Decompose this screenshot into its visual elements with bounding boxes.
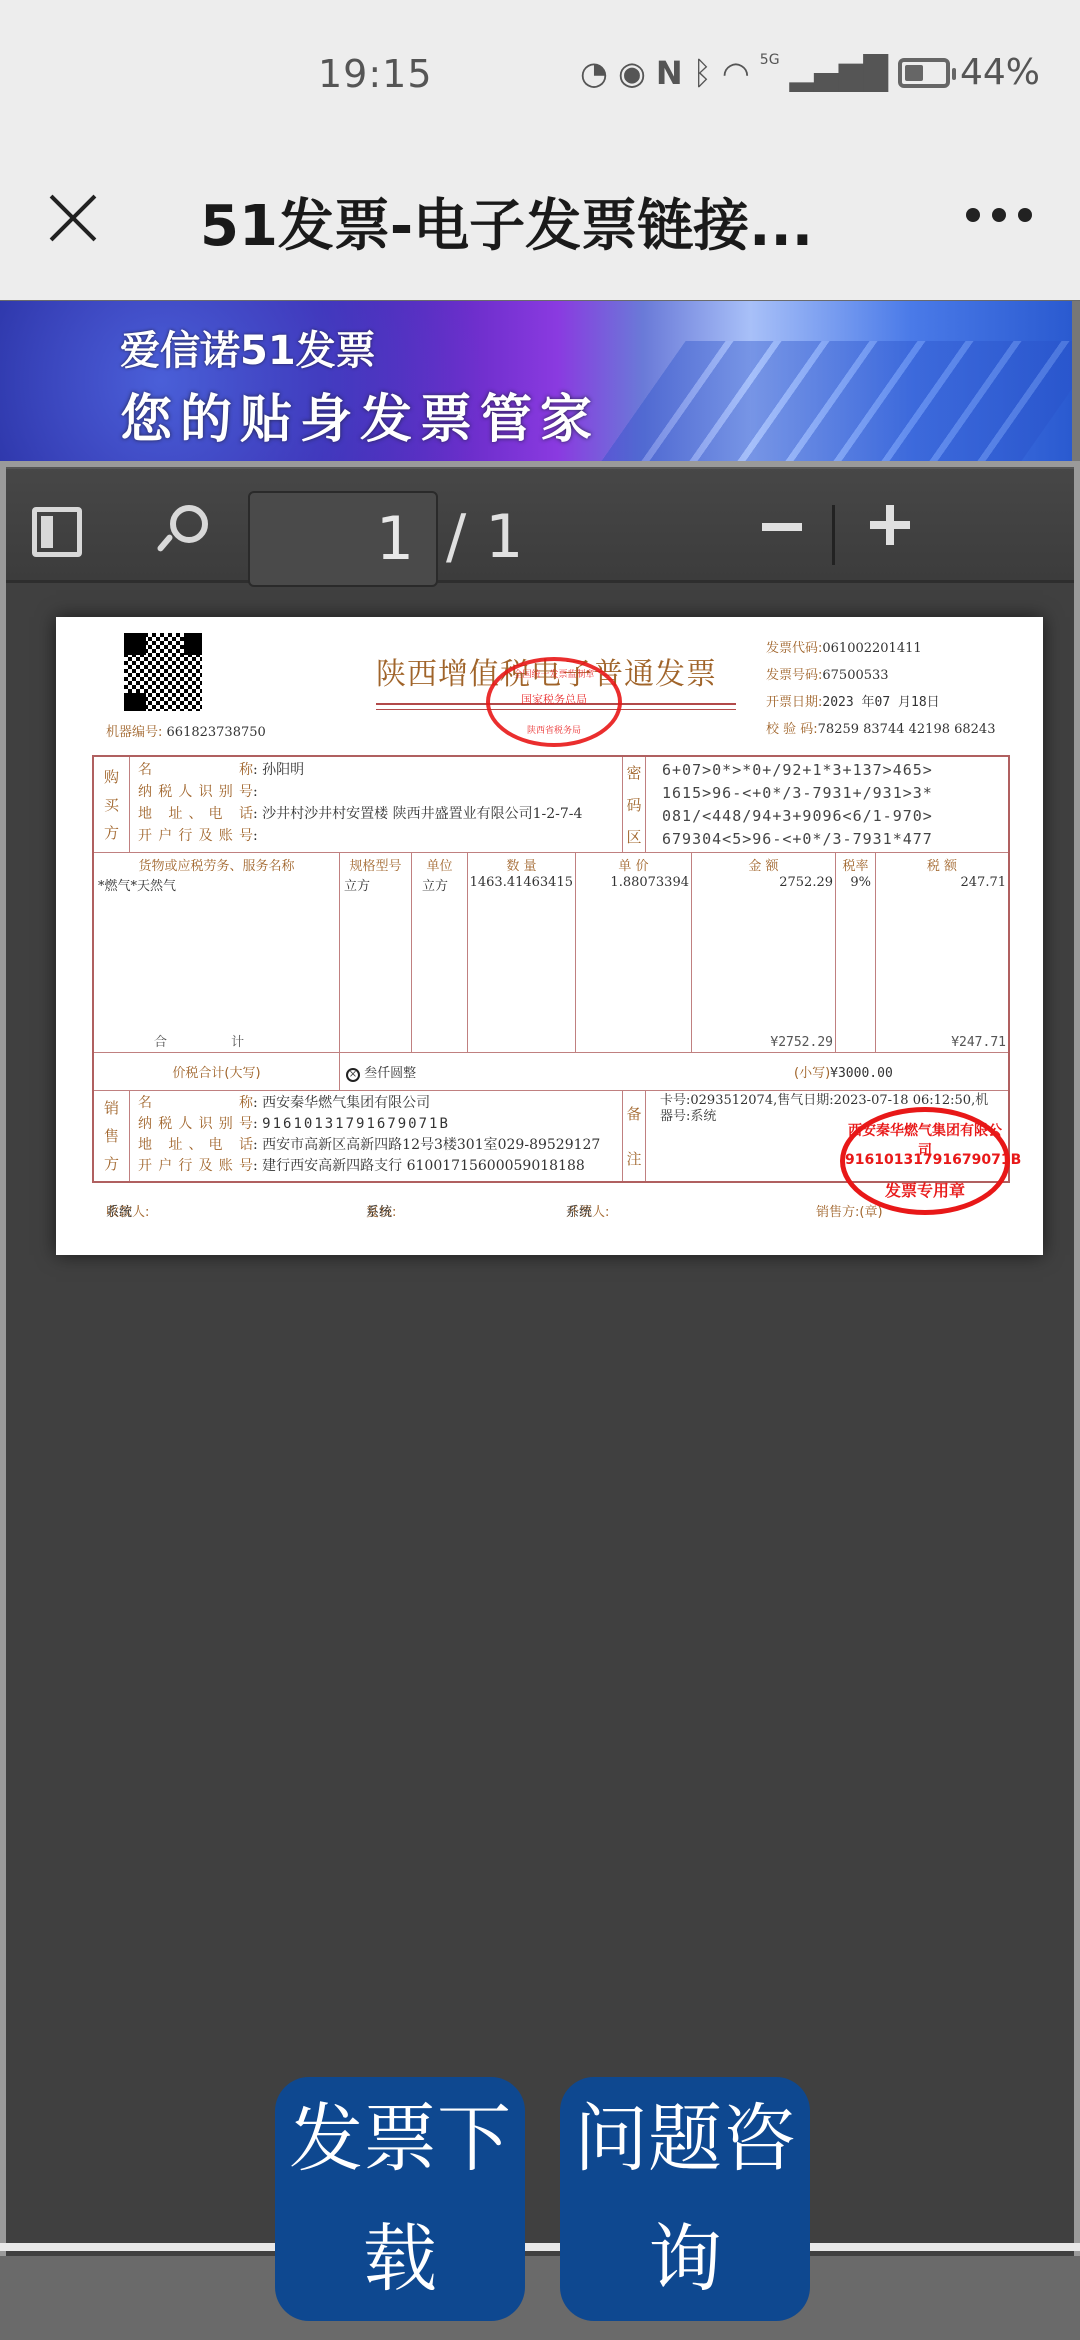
- cipher-text: 6+07>0*>*0+/92+1*3+137>465> 1615>96-<+0*…: [662, 759, 933, 851]
- item-name: *燃气*天然气: [98, 875, 176, 894]
- bluetooth-icon: ᛒ: [693, 54, 712, 92]
- download-invoice-button[interactable]: 发票下载: [275, 2077, 525, 2321]
- battery-percent: 44%: [960, 52, 1040, 93]
- total-amount: ¥2752.29: [770, 1035, 833, 1050]
- grand-total-row: 价税合计(大写) × 叁仟圆整 (小写)¥3000.00: [94, 1053, 1008, 1091]
- eye-icon: ◉: [618, 54, 646, 92]
- grand-total-words: × 叁仟圆整: [346, 1062, 416, 1082]
- more-icon[interactable]: [966, 208, 1032, 222]
- qr-code: [122, 631, 204, 713]
- banner-brand: 爱信诺51发票: [120, 319, 376, 376]
- banner-slogan: 您的贴身发票管家: [120, 377, 600, 452]
- meta-date: 开票日期:2023 年07 月18日: [766, 689, 995, 716]
- status-bar: 19:15 ◔ ◉ N ᛒ ◠ 5G ▂▄▆█ 44%: [0, 0, 1080, 150]
- viewer-bottom-edge: [0, 2243, 1080, 2251]
- zoom-in-icon[interactable]: [870, 505, 910, 545]
- page-total: / 1: [446, 491, 523, 583]
- meta-number: 发票号码:67500533: [766, 662, 995, 689]
- invoice-seal: 西安秦华燃气集团有限公司 91610131791679071B 发票专用章: [840, 1107, 1010, 1215]
- pdf-toolbar: 1 / 1: [6, 467, 1074, 583]
- invoice-page: 机器编号: 661823738750 陕西增值税电子普通发票 全国统一发票监制章…: [56, 617, 1043, 1255]
- banner-edge: [1072, 301, 1080, 461]
- cipher-label: 密码区: [622, 757, 646, 852]
- grand-total-small: (小写)¥3000.00: [794, 1062, 893, 1081]
- machine-number: 机器编号: 661823738750: [106, 721, 266, 740]
- toolbar-divider: [832, 505, 835, 565]
- page-title: 51发票-电子发票链接...: [200, 182, 813, 262]
- search-icon[interactable]: [156, 503, 206, 559]
- page-number-input[interactable]: 1: [248, 491, 438, 587]
- seller-label: 销售方: [94, 1091, 130, 1181]
- cross-circle-icon: ×: [346, 1068, 360, 1082]
- pdf-viewer: 1 / 1 机器编号: 661823738750 陕西增值税电子普通发票 全国统…: [0, 461, 1080, 2256]
- promo-banner: 爱信诺51发票 您的贴身发票管家: [0, 301, 1072, 461]
- status-icons: ◔ ◉ N ᛒ ◠ 5G ▂▄▆█ 44%: [580, 52, 1040, 93]
- network-type: 5G: [760, 52, 780, 68]
- total-tax: ¥247.71: [951, 1035, 1006, 1050]
- close-icon[interactable]: [40, 185, 106, 251]
- buyer-section: 购买方 名 称: 孙阳明 纳税人识别号: 地 址、电 话: 沙井村沙井村安置楼 …: [94, 757, 1008, 853]
- wifi-icon: ◠: [722, 54, 750, 92]
- invoice-meta: 发票代码:061002201411 发票号码:67500533 开票日期:202…: [766, 635, 995, 743]
- buyer-label: 购买方: [94, 757, 130, 852]
- items-section: 货物或应税劳务、服务名称 *燃气*天然气 合 计 规格型号 立方 单位 立方 数…: [94, 853, 1008, 1053]
- tax-bureau-seal: 全国统一发票监制章 国家税务总局 陕西省税务局: [486, 657, 622, 747]
- meta-check-code: 校 验 码:78259 83744 42198 68243: [766, 716, 995, 743]
- keyboard-image: [594, 341, 1072, 461]
- data-saver-icon: ◔: [580, 54, 608, 92]
- zoom-out-icon[interactable]: [762, 523, 802, 531]
- remark-label: 备注: [622, 1091, 646, 1181]
- battery-icon: [898, 58, 950, 88]
- signal-icon: ▂▄▆█: [790, 54, 888, 92]
- status-time: 19:15: [318, 52, 433, 96]
- meta-code: 发票代码:061002201411: [766, 635, 995, 662]
- nfc-icon: N: [656, 54, 683, 92]
- consult-button[interactable]: 问题咨询: [560, 2077, 810, 2321]
- sidebar-toggle-icon[interactable]: [32, 507, 82, 557]
- title-bar: 51发票-电子发票链接...: [0, 150, 1080, 300]
